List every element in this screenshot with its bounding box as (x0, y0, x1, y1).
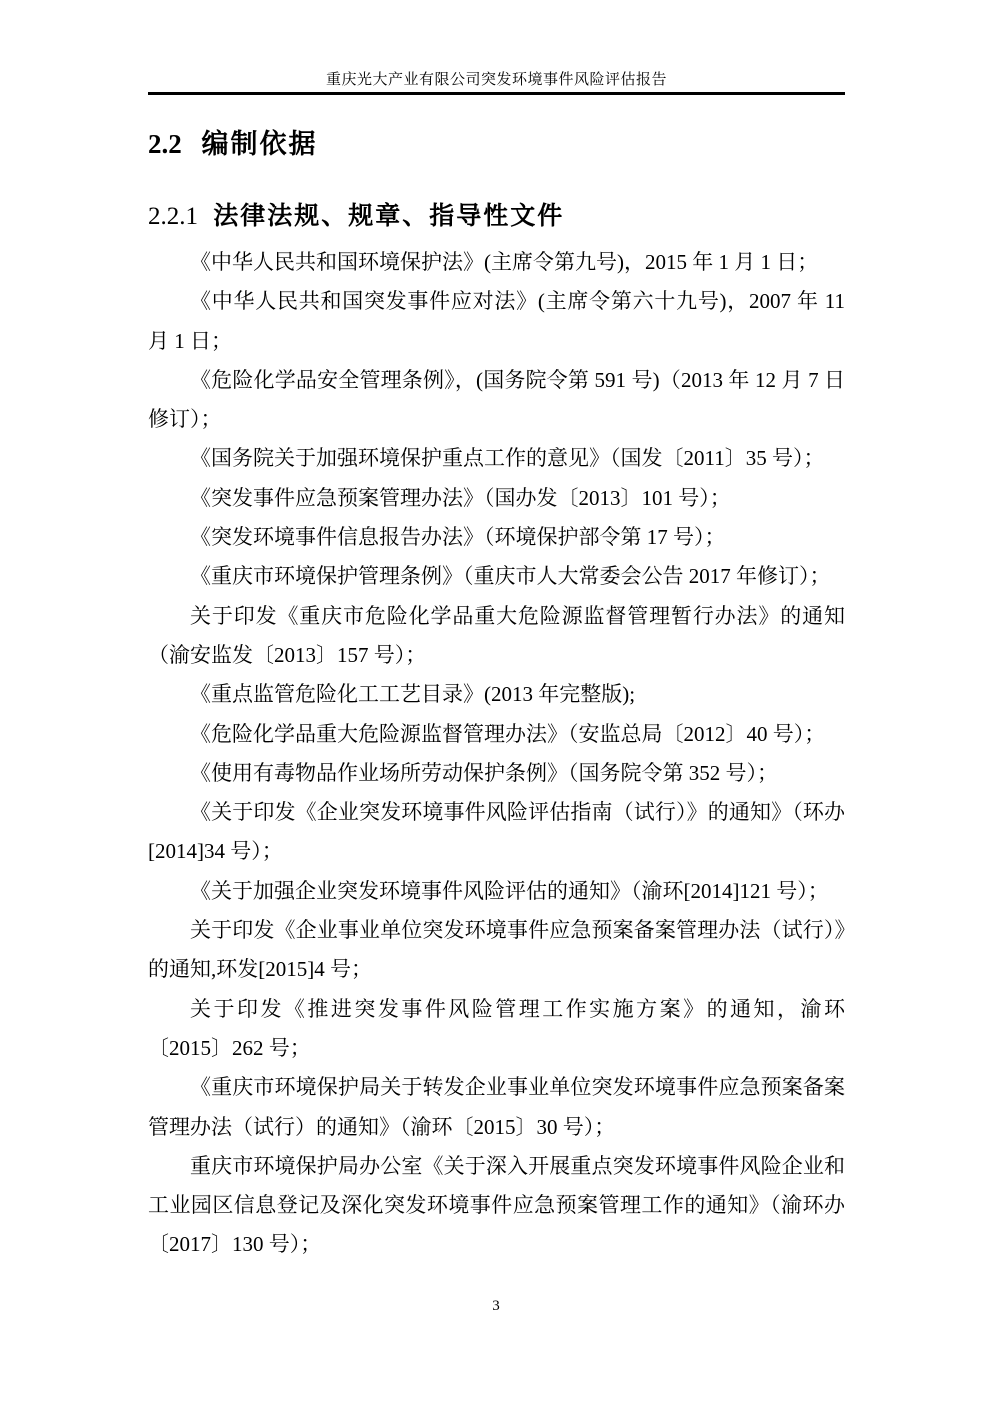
subsection-heading-number: 2.2.1 (148, 203, 198, 230)
reference-paragraph: 《中华人民共和国突发事件应对法》(主席令第六十九号)，2007 年 11 月 1… (148, 282, 845, 361)
reference-paragraph: 关于印发《重庆市危险化学品重大危险源监督管理暂行办法》的通知（渝安监发〔2013… (148, 597, 845, 676)
reference-paragraph: 《关于加强企业突发环境事件风险评估的通知》（渝环[2014]121 号）； (148, 872, 845, 911)
reference-list: 《中华人民共和国环境保护法》(主席令第九号)，2015 年 1 月 1 日； 《… (148, 243, 845, 1265)
reference-paragraph: 《重庆市环境保护局关于转发企业事业单位突发环境事件应急预案备案管理办法（试行）的… (148, 1068, 845, 1147)
reference-paragraph: 重庆市环境保护局办公室《关于深入开展重点突发环境事件风险企业和工业园区信息登记及… (148, 1147, 845, 1265)
section-heading: 2.2 编制依据 (148, 129, 318, 160)
running-header: 重庆光大产业有限公司突发环境事件风险评估报告 (148, 71, 845, 95)
reference-paragraph: 《重点监管危险化工工艺目录》(2013 年完整版); (148, 675, 845, 714)
reference-paragraph: 《国务院关于加强环境保护重点工作的意见》（国发〔2011〕35 号）； (148, 439, 845, 478)
reference-paragraph: 《突发事件应急预案管理办法》（国办发〔2013〕101 号）； (148, 479, 845, 518)
reference-paragraph: 《关于印发《企业突发环境事件风险评估指南（试行）》的通知》（环办[2014]34… (148, 793, 845, 872)
running-header-title: 重庆光大产业有限公司突发环境事件风险评估报告 (326, 72, 667, 88)
section-heading-number: 2.2 (148, 129, 182, 159)
page-number: 3 (492, 1298, 500, 1314)
reference-paragraph: 关于印发《企业事业单位突发环境事件应急预案备案管理办法（试行）》的通知,环发[2… (148, 911, 845, 990)
page-footer: 3 (0, 1297, 992, 1315)
reference-paragraph: 《危险化学品重大危险源监督管理办法》（安监总局〔2012〕40 号）； (148, 715, 845, 754)
reference-paragraph: 关于印发《推进突发事件风险管理工作实施方案》的通知，渝环〔2015〕262 号； (148, 990, 845, 1069)
document-page: 重庆光大产业有限公司突发环境事件风险评估报告 2.2 编制依据 2.2.1 法律… (0, 0, 992, 1403)
subsection-heading: 2.2.1 法律法规、规章、指导性文件 (148, 201, 564, 232)
reference-paragraph: 《危险化学品安全管理条例》，(国务院令第 591 号)（2013 年 12 月 … (148, 361, 845, 440)
reference-paragraph: 《重庆市环境保护管理条例》（重庆市人大常委会公告 2017 年修订）； (148, 557, 845, 596)
subsection-heading-title: 法律法规、规章、指导性文件 (213, 202, 564, 230)
section-heading-title: 编制依据 (202, 129, 318, 159)
reference-paragraph: 《使用有毒物品作业场所劳动保护条例》（国务院令第 352 号）； (148, 754, 845, 793)
reference-paragraph: 《中华人民共和国环境保护法》(主席令第九号)，2015 年 1 月 1 日； (148, 243, 845, 282)
reference-paragraph: 《突发环境事件信息报告办法》（环境保护部令第 17 号）； (148, 518, 845, 557)
